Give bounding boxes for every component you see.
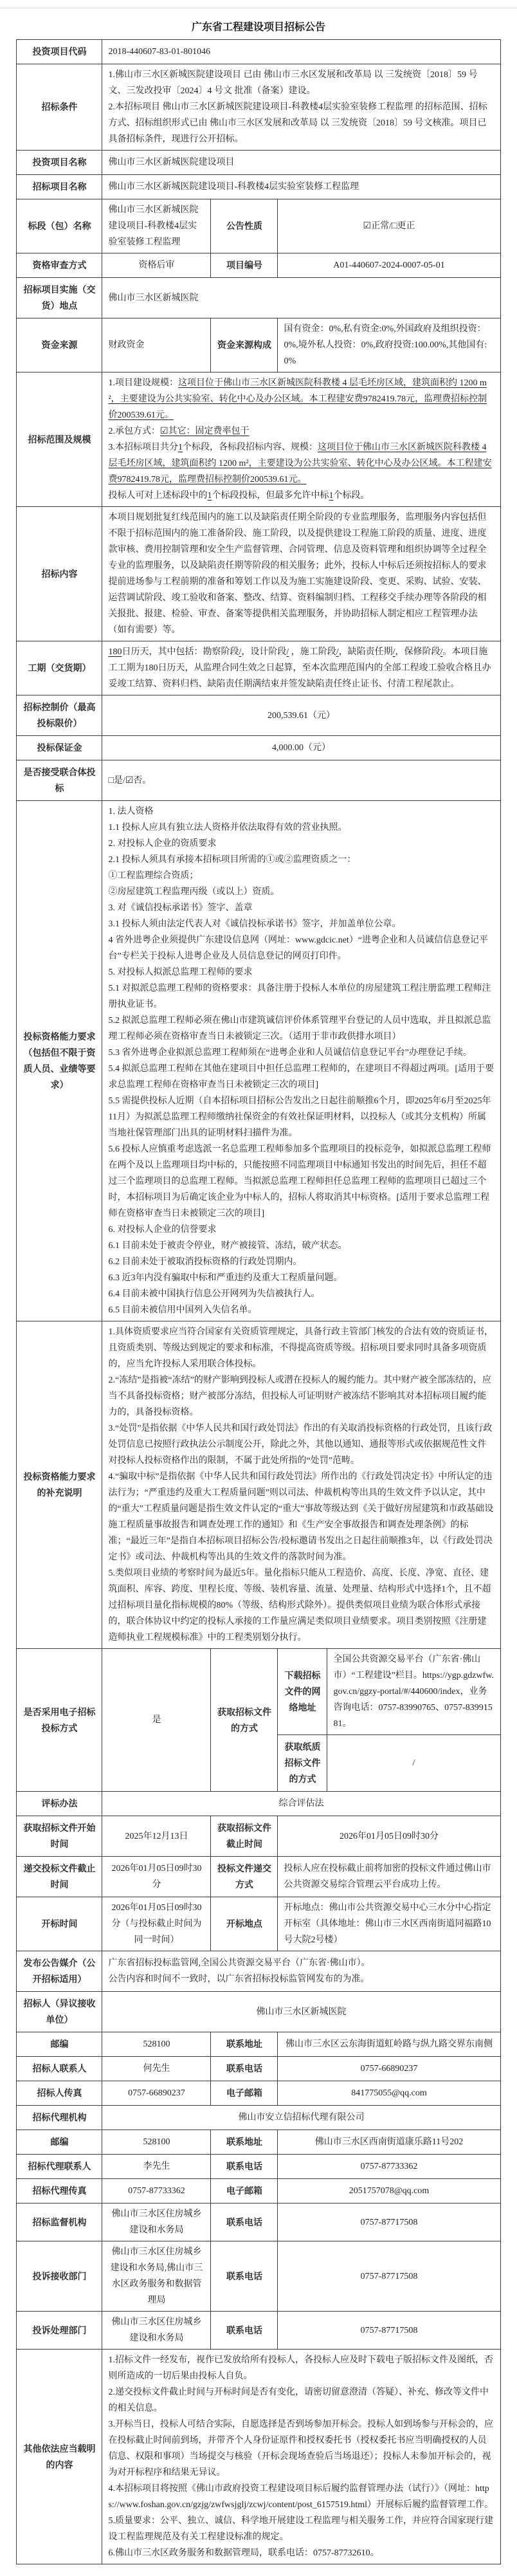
- row-control-price: 招标控制价（最高投标限价）200,539.61（元）: [17, 695, 500, 736]
- row-control-price-value: 200,539.61（元）: [102, 695, 500, 736]
- row-bid-bond-value: 4,000.00（元）: [102, 736, 500, 760]
- row-qualification-review-value: A01-440607-2024-0007-05-01: [278, 253, 500, 278]
- row-supervision-agency-label: 招标监督机构: [17, 2203, 102, 2241]
- row-supervision-agency: 招标监督机构佛山市三水区住房城乡建设和水务局联系电话0757-87717508: [17, 2203, 500, 2241]
- row-tenderer: 招标人（异议接收单位）佛山市三水区新城医院: [17, 1992, 500, 2032]
- row-delivery-location-label: 招标项目实施（交货）地点: [17, 278, 102, 318]
- row-complaint-handling: 投诉处理部门佛山市三水区住房城乡建设和水务局联系电话0757-87717508: [17, 2312, 500, 2350]
- row-investment-project-code: 投资项目代码2018-440607-83-01-801046: [17, 40, 500, 64]
- row-submission-deadline-value: 投标人应在投标截止前将加密的投标文件通过佛山市公共资源交易综合管理云平台成功上传…: [278, 1857, 500, 1897]
- row-electronic-bidding-value: 是: [102, 1649, 211, 1792]
- row-electronic-bidding-label: 获取招标文件的方式: [211, 1649, 278, 1792]
- row-agency-postcode-label: 联系地址: [211, 2130, 278, 2155]
- row-agency-label: 招标代理机构: [17, 2106, 102, 2130]
- row-document-obtain-time: 获取招标文件开始时间2025年12月13日获取招标文件截止时间2026年01月0…: [17, 1816, 500, 1857]
- row-investment-project-name-value: 佛山市三水区新城医院建设项目: [102, 151, 500, 175]
- row-document-obtain-time-value: 2026年01月05日09时30分: [278, 1816, 500, 1857]
- row-submission-deadline: 递交投标文件截止时间2026年01月05日09时30分投标文件递交方式投标人应在…: [17, 1857, 500, 1897]
- row-document-obtain-time-label: 获取招标文件开始时间: [17, 1816, 102, 1857]
- row-qualification-review: 资格审查方式资格后审项目编号A01-440607-2024-0007-05-01: [17, 253, 500, 278]
- row-scope-and-scale-value: 1.项目建设规模：这项目位于佛山市三水区新城医院科教楼 4 层毛坯房区域，建筑面…: [102, 373, 500, 507]
- row-announcement-media: 发布公告媒介（公开招标适用）广东省招标投标监管网,全国公共资源交易平台（广东省·…: [17, 1951, 500, 1992]
- row-tenderer-fax-value: 841775055@qq.com: [278, 2081, 500, 2106]
- row-agency-postcode-value: 528100: [102, 2130, 211, 2155]
- row-tender-project-name-label: 招标项目名称: [17, 175, 102, 199]
- row-control-price-label: 招标控制价（最高投标限价）: [17, 695, 102, 736]
- row-fund-source-value: 财政资金: [102, 318, 211, 373]
- row-tenderer-postcode: 邮编528100联系地址佛山市三水区云东海街道虹岭路与纵九路交界东南侧: [17, 2032, 500, 2057]
- row-investment-project-code-label: 投资项目代码: [17, 40, 102, 64]
- row-bid-opening-label: 开标地点: [211, 1897, 278, 1951]
- row-supervision-agency-value: 0757-87717508: [278, 2203, 500, 2241]
- row-consortium-value: □是/☑否。: [102, 760, 500, 801]
- row-tenderer-postcode-label: 邮编: [17, 2032, 102, 2057]
- row-other-contents: 其他依法应当载明的内容1.招标文件一经发布，视作已发放给所有投标人，各投标人应及…: [17, 2350, 500, 2564]
- row-agency-contact-label: 招标代理联系人: [17, 2155, 102, 2179]
- row-other-contents-label: 其他依法应当载明的内容: [17, 2350, 102, 2564]
- row-qualification-requirements-label: 投标资格能力要求（包括但不限于资质人员、业绩等要求）: [17, 801, 102, 1321]
- row-tender-conditions: 招标条件1.佛山市三水区新城医院建设项目 已由 佛山市三水区发展和改革局 以 三…: [17, 64, 500, 151]
- row-tenderer-fax-label: 招标人传真: [17, 2081, 102, 2106]
- row-complaint-receiving-value: 0757-87717508: [278, 2241, 500, 2312]
- row-tender-content: 招标内容本项目规划批复红线范围内的施工以及缺陷责任期全阶段的专业监理服务，监理服…: [17, 507, 500, 641]
- download-address-value: 全国公共资源交易平台（广东省·佛山市）“工程建设”栏目。https://ygp.…: [327, 1649, 500, 1735]
- row-tenderer-label: 招标人（异议接收单位）: [17, 1992, 102, 2032]
- row-agency-postcode-label: 邮编: [17, 2130, 102, 2155]
- row-scope-and-scale: 招标范围及规模1.项目建设规模：这项目位于佛山市三水区新城医院科教楼 4 层毛坯…: [17, 373, 500, 507]
- paper-document-value: /: [327, 1735, 500, 1792]
- row-qualification-supplement-label: 投标资格能力要求的补充说明: [17, 1321, 102, 1649]
- row-tenderer-fax-value: 0757-66890237: [102, 2081, 211, 2106]
- row-tenderer-contact-label: 联系电话: [211, 2057, 278, 2081]
- row-qualification-review-label: 资格审查方式: [17, 253, 102, 278]
- row-tender-project-name: 招标项目名称佛山市三水区新城医院建设项目-科教楼4层实验室装修工程监理: [17, 175, 500, 199]
- row-other-contents-value: 1.招标文件一经发布，视作已发放给所有投标人，各投标人应及时下载电子版招标文件及…: [102, 2350, 500, 2564]
- row-qualification-review-value: 资格后审: [102, 253, 211, 278]
- row-complaint-handling-value: 0757-87717508: [278, 2312, 500, 2350]
- row-evaluation-method: 评标办法综合评估法: [17, 1792, 500, 1816]
- row-tenderer-fax: 招标人传真0757-66890237电子邮箱841775055@qq.com: [17, 2081, 500, 2106]
- row-qualification-requirements: 投标资格能力要求（包括但不限于资质人员、业绩等要求）1. 法人资格1.1 投标人…: [17, 801, 500, 1321]
- row-document-obtain-time-label: 获取招标文件截止时间: [211, 1816, 278, 1857]
- row-agency-fax-value: 2051757078@qq.com: [278, 2179, 500, 2203]
- row-qualification-supplement: 投标资格能力要求的补充说明1.具体资质要求应当符合国家有关资质管理规定，具备行政…: [17, 1321, 500, 1649]
- row-bid-bond: 投标保证金4,000.00（元）: [17, 736, 500, 760]
- row-section-name-value: ☑正常/□更正: [278, 199, 500, 253]
- row-scope-and-scale-label: 招标范围及规模: [17, 373, 102, 507]
- row-submission-deadline-label: 投标文件递交方式: [211, 1857, 278, 1897]
- row-agency-contact-value: 0757-87733362: [278, 2155, 500, 2179]
- row-qualification-requirements-value: 1. 法人资格1.1 投标人应具有独立法人资格并依法取得有效的营业执照。2. 对…: [102, 801, 500, 1321]
- row-consortium: 是否接受联合体投标□是/☑否。: [17, 760, 500, 801]
- announcement-table-body: 投资项目代码2018-440607-83-01-801046招标条件1.佛山市三…: [17, 40, 500, 2564]
- row-complaint-handling-label: 联系电话: [211, 2312, 278, 2350]
- row-tender-project-name-value: 佛山市三水区新城医院建设项目-科教楼4层实验室装修工程监理: [102, 175, 500, 199]
- row-electronic-bidding-label: 是否采用电子招标投标方式: [17, 1649, 102, 1792]
- row-agency-postcode-value: 佛山市三水区西南街道康乐路11号202: [278, 2130, 500, 2155]
- row-bid-opening-value: 开标地点：佛山市公共资源交易中心三水分中心指定开标室（具体地址：佛山市三水区西南…: [278, 1897, 500, 1951]
- row-fund-source-value: 国有资金：0%,私有资金:0%,外国政府及组织投资：0%,境外私人投资：0%,政…: [278, 318, 500, 373]
- row-qualification-review-label: 项目编号: [211, 253, 278, 278]
- tender-announcement-table: 投资项目代码2018-440607-83-01-801046招标条件1.佛山市三…: [16, 39, 500, 2564]
- row-agency-fax-label: 招标代理传真: [17, 2179, 102, 2203]
- row-supervision-agency-value: 佛山市三水区住房城乡建设和水务局: [102, 2203, 211, 2241]
- row-tenderer-postcode-label: 联系地址: [211, 2032, 278, 2057]
- row-investment-project-name-label: 投资项目名称: [17, 151, 102, 175]
- paper-document-label: 获取纸质招标文件的方式: [278, 1735, 327, 1792]
- row-electronic-bidding: 是否采用电子招标投标方式是获取招标文件的方式下载招标文件的网络地址全国公共资源交…: [17, 1649, 500, 1735]
- row-complaint-receiving-label: 投诉接收部门: [17, 2241, 102, 2312]
- row-announcement-media-label: 发布公告媒介（公开招标适用）: [17, 1951, 102, 1992]
- row-tender-content-label: 招标内容: [17, 507, 102, 641]
- row-complaint-handling-label: 投诉处理部门: [17, 2312, 102, 2350]
- row-complaint-receiving-label: 联系电话: [211, 2241, 278, 2312]
- row-tender-conditions-value: 1.佛山市三水区新城医院建设项目 已由 佛山市三水区发展和改革局 以 三发统资〔…: [102, 64, 500, 151]
- row-announcement-media-value: 广东省招标投标监管网,全国公共资源交易平台（广东省·佛山市）。公告内容和时间不一…: [102, 1951, 500, 1992]
- row-agency-fax-value: 0757-87733362: [102, 2179, 211, 2203]
- row-qualification-supplement-value: 1.具体资质要求应当符合国家有关资质管理规定，具备行政主管部门核发的合法有效的资…: [102, 1321, 500, 1649]
- download-address-label: 下载招标文件的网络地址: [278, 1649, 327, 1735]
- row-submission-deadline-label: 递交投标文件截止时间: [17, 1857, 102, 1897]
- row-submission-deadline-value: 2026年01月05日09时30分: [102, 1857, 211, 1897]
- row-section-name-value: 佛山市三水区新城医院建设项目-科教楼4层实验室装修工程监理: [102, 199, 211, 253]
- row-tenderer-fax-label: 电子邮箱: [211, 2081, 278, 2106]
- row-tenderer-contact-value: 0757-66890237: [278, 2057, 500, 2081]
- page-title: 广东省工程建设项目招标公告: [0, 19, 517, 33]
- row-fund-source-label: 资金来源构成: [211, 318, 278, 373]
- row-agency-fax: 招标代理传真0757-87733362电子邮箱2051757078@qq.com: [17, 2179, 500, 2203]
- row-agency-value: 佛山市安立信招标代理有限公司: [102, 2106, 500, 2130]
- row-section-name-label: 标段（包）名称: [17, 199, 102, 253]
- row-complaint-handling-value: 佛山市三水区住房城乡建设和水务局: [102, 2312, 211, 2350]
- row-section-name: 标段（包）名称佛山市三水区新城医院建设项目-科教楼4层实验室装修工程监理公告性质…: [17, 199, 500, 253]
- row-delivery-location: 招标项目实施（交货）地点佛山市三水区新城医院: [17, 278, 500, 318]
- row-agency-postcode: 邮编528100联系地址佛山市三水区西南街道康乐路11号202: [17, 2130, 500, 2155]
- row-tenderer-contact-value: 何先生: [102, 2057, 211, 2081]
- row-complaint-receiving: 投诉接收部门佛山市三水区住房城乡建设和水务局,佛山市三水区政务服务和数据管理局联…: [17, 2241, 500, 2312]
- row-tenderer-contact-label: 招标人联系人: [17, 2057, 102, 2081]
- row-agency: 招标代理机构佛山市安立信招标代理有限公司: [17, 2106, 500, 2130]
- row-tenderer-postcode-value: 528100: [102, 2032, 211, 2057]
- row-agency-contact-label: 联系电话: [211, 2155, 278, 2179]
- row-delivery-location-value: 佛山市三水区新城医院: [102, 278, 500, 318]
- row-investment-project-name: 投资项目名称佛山市三水区新城医院建设项目: [17, 151, 500, 175]
- row-agency-contact-value: 李先生: [102, 2155, 211, 2179]
- row-duration-label: 工期（交货期）: [17, 641, 102, 695]
- row-tenderer-postcode-value: 佛山市三水区云东海街道虹岭路与纵九路交界东南侧: [278, 2032, 500, 2057]
- row-tenderer-value: 佛山市三水区新城医院: [102, 1992, 500, 2032]
- row-section-name-label: 公告性质: [211, 199, 278, 253]
- row-agency-fax-label: 电子邮箱: [211, 2179, 278, 2203]
- row-agency-contact: 招标代理联系人李先生联系电话0757-87733362: [17, 2155, 500, 2179]
- row-duration: 工期（交货期）180日历天，其中包括：勘察阶段/，设计阶段/ ，施工阶段/，缺陷…: [17, 641, 500, 695]
- row-tender-content-value: 本项目规划批复红线范围内的施工以及缺陷责任期全阶段的专业监理服务，监理服务内容包…: [102, 507, 500, 641]
- row-tender-conditions-label: 招标条件: [17, 64, 102, 151]
- row-fund-source-label: 资金来源: [17, 318, 102, 373]
- row-consortium-label: 是否接受联合体投标: [17, 760, 102, 801]
- row-investment-project-code-value: 2018-440607-83-01-801046: [102, 40, 500, 64]
- row-bid-opening: 开标时间2026年01月05日09时30分（与投标截止时间为同一时间）开标地点开…: [17, 1897, 500, 1951]
- row-supervision-agency-label: 联系电话: [211, 2203, 278, 2241]
- row-complaint-receiving-value: 佛山市三水区住房城乡建设和水务局,佛山市三水区政务服务和数据管理局: [102, 2241, 211, 2312]
- row-duration-value: 180日历天，其中包括：勘察阶段/，设计阶段/ ，施工阶段/，缺陷责任期/，保修…: [102, 641, 500, 695]
- row-evaluation-method-value: 综合评估法: [102, 1792, 500, 1816]
- row-tenderer-contact: 招标人联系人何先生联系电话0757-66890237: [17, 2057, 500, 2081]
- row-document-obtain-time-value: 2025年12月13日: [102, 1816, 211, 1857]
- row-evaluation-method-label: 评标办法: [17, 1792, 102, 1816]
- top-divider: [0, 8, 517, 8]
- row-bid-opening-value: 2026年01月05日09时30分（与投标截止时间为同一时间）: [102, 1897, 211, 1951]
- row-fund-source: 资金来源财政资金资金来源构成国有资金：0%,私有资金:0%,外国政府及组织投资：…: [17, 318, 500, 373]
- row-bid-bond-label: 投标保证金: [17, 736, 102, 760]
- row-bid-opening-label: 开标时间: [17, 1897, 102, 1951]
